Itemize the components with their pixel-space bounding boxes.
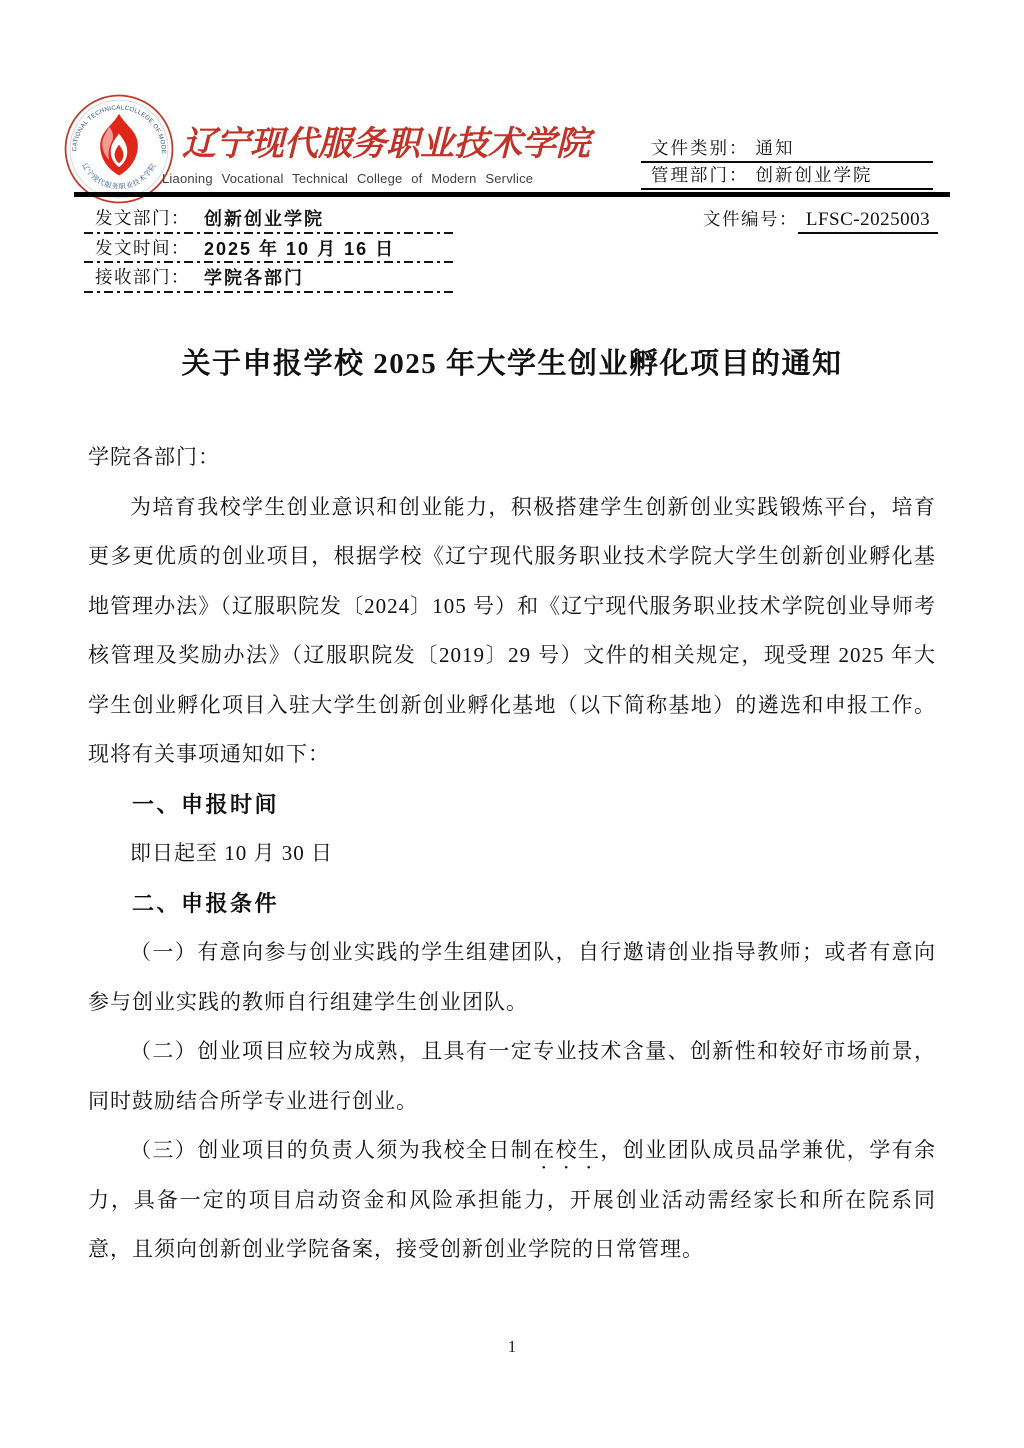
paragraph-heading: 一、申报时间 [88, 780, 936, 830]
meta-value: 创新创业学院 [204, 205, 324, 231]
text-segment: （一）有意向参与创业实践的学生组建团队，自行邀请创业指导教师；或者有意向参与创业… [88, 940, 936, 1014]
meta-value: 学院各部门 [204, 264, 304, 290]
document-page: LIAONING VOCATIONAL TECHNICALCOLLEGE OF … [0, 0, 1024, 1448]
manage-dept-value: 创新创业学院 [756, 165, 873, 185]
doc-class-box: 文件类别：通知 管理部门：创新创业学院 [641, 136, 933, 190]
paragraph-salutation: 学院各部门： [88, 433, 936, 483]
doc-class-label: 文件类别： [651, 138, 749, 158]
doc-number-label: 文件编号： [703, 209, 798, 229]
paragraph-para: （一）有意向参与创业实践的学生组建团队，自行邀请创业指导教师；或者有意向参与创业… [88, 928, 936, 1027]
dash-divider [84, 261, 457, 263]
doc-number-block: 文件编号：LFSC-2025003 [703, 206, 938, 234]
header-divider [74, 192, 950, 197]
text-segment: 二、申报条件 [132, 891, 279, 916]
text-segment: 学院各部门： [88, 445, 220, 469]
meta-row-issuing-dept: 发文部门： 创新创业学院 [84, 205, 457, 235]
college-logo-svg: LIAONING VOCATIONAL TECHNICALCOLLEGE OF … [64, 94, 174, 204]
paragraph-para: 即日起至 10 月 30 日 [88, 829, 936, 879]
doc-class-row: 文件类别：通知 [641, 136, 933, 163]
school-name-cn: 辽宁现代服务职业技术学院 [182, 116, 590, 165]
emphasized-text: 在校生 [533, 1138, 600, 1162]
manage-dept-label: 管理部门： [651, 165, 749, 185]
doc-class-value: 通知 [756, 138, 795, 158]
manage-dept-row: 管理部门：创新创业学院 [641, 163, 933, 190]
text-segment: （三）创业项目的负责人须为我校全日制 [130, 1138, 533, 1162]
meta-label: 发文部门： [95, 208, 190, 228]
college-logo: LIAONING VOCATIONAL TECHNICALCOLLEGE OF … [64, 94, 174, 204]
dash-divider [84, 232, 457, 234]
meta-block: 发文部门： 创新创业学院 发文时间： 2025 年 10 月 16 日 接收部门… [84, 205, 457, 294]
meta-value: 2025 年 10 月 16 日 [204, 235, 395, 261]
meta-row-issue-date: 发文时间： 2025 年 10 月 16 日 [84, 235, 457, 265]
paragraph-para: （二）创业项目应较为成熟，且具有一定专业技术含量、创新性和较好市场前景，同时鼓励… [88, 1027, 936, 1126]
dash-divider [84, 291, 457, 293]
meta-label: 发文时间： [95, 238, 190, 258]
paragraph-para: 为培育我校学生创业意识和创业能力，积极搭建学生创新创业实践锻炼平台，培育更多更优… [88, 483, 936, 780]
document-title: 关于申报学校 2025 年大学生创业孵化项目的通知 [0, 341, 1024, 382]
school-name-en: Liaoning Vocational Technical College of… [162, 171, 533, 186]
page-number: 1 [0, 1337, 1024, 1357]
text-segment: 为培育我校学生创业意识和创业能力，积极搭建学生创新创业实践锻炼平台，培育更多更优… [88, 495, 936, 767]
doc-number-value: LFSC-2025003 [798, 209, 938, 234]
text-segment: （二）创业项目应较为成熟，且具有一定专业技术含量、创新性和较好市场前景，同时鼓励… [88, 1039, 936, 1113]
meta-row-receiving-dept: 接收部门： 学院各部门 [84, 264, 457, 294]
text-segment: 一、申报时间 [132, 792, 279, 817]
document-body: 学院各部门：为培育我校学生创业意识和创业能力，积极搭建学生创新创业实践锻炼平台，… [88, 433, 936, 1275]
paragraph-para: （三）创业项目的负责人须为我校全日制在校生，创业团队成员品学兼优，学有余力，具备… [88, 1126, 936, 1275]
meta-label: 接收部门： [95, 267, 190, 287]
paragraph-heading: 二、申报条件 [88, 879, 936, 929]
text-segment: 即日起至 10 月 30 日 [130, 841, 333, 865]
